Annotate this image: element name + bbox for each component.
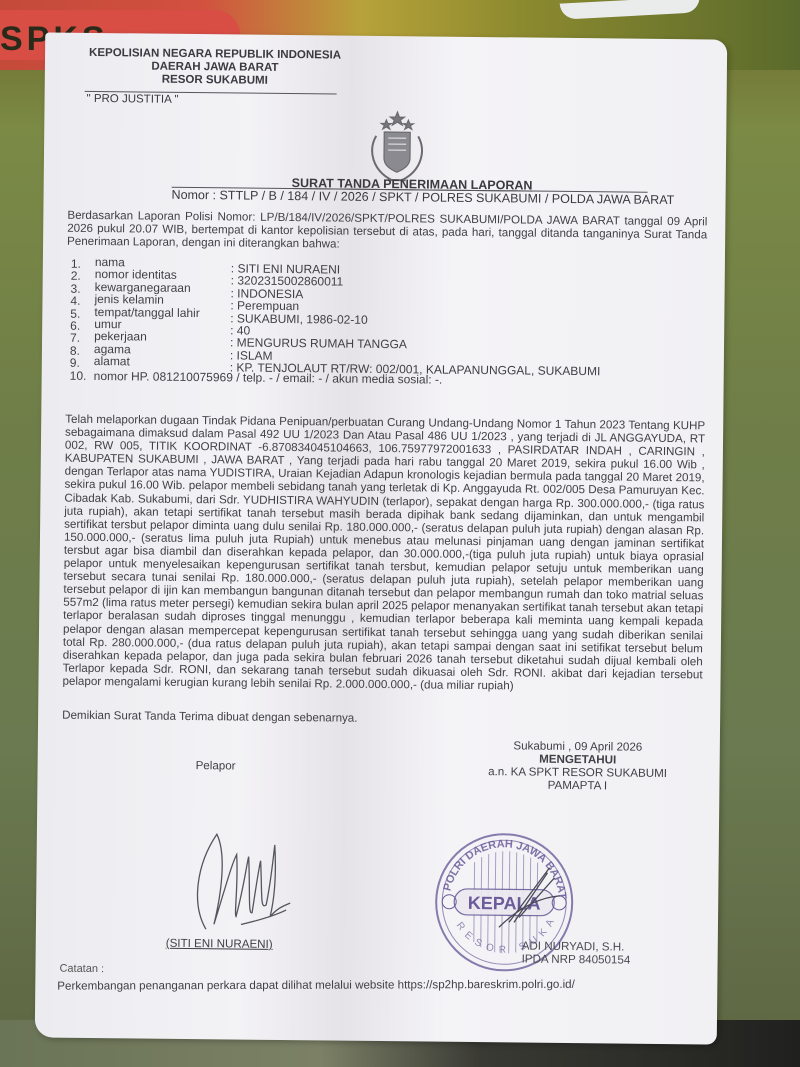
- letterhead: KEPOLISIAN NEGARA REPUBLIK INDONESIA DAE…: [85, 47, 345, 89]
- intro-paragraph: Berdasarkan Laporan Polisi Nomor: LP/B/1…: [67, 209, 707, 255]
- officer-identity: ADI NURYADI, S.H. IPDA NRP 84050154: [522, 939, 631, 966]
- reporter-name: (SITI ENI NURAENI): [166, 937, 273, 951]
- identity-label: nomor HP. 081210075969 / telp. - / email…: [94, 368, 443, 386]
- officer-position: PAMAPTA I: [457, 778, 697, 794]
- reporter-label: Pelapor: [196, 759, 236, 772]
- police-report-document: KEPOLISIAN NEGARA REPUBLIK INDONESIA DAE…: [35, 32, 727, 1044]
- officer-signature-block: Sukabumi , 09 April 2026 MENGETAHUI a.n.…: [457, 739, 698, 794]
- letterhead-line3: RESOR SUKABUMI: [85, 73, 345, 89]
- reporter-identity-list: 1.nama: SITI ENI NURAENI2.nomor identita…: [70, 257, 711, 388]
- on-behalf-label: a.n. KA SPKT RESOR SUKABUMI: [457, 765, 697, 781]
- closing-statement: Demikian Surat Tanda Terima dibuat denga…: [62, 709, 358, 725]
- officer-rank-nrp: IPDA NRP 84050154: [522, 952, 631, 966]
- pro-justitia-label: " PRO JUSTITIA ": [87, 93, 179, 106]
- stamp-center-text: KEPALA: [468, 893, 541, 914]
- letterhead-line1: KEPOLISIAN NEGARA REPUBLIK INDONESIA: [85, 47, 345, 63]
- officer-name: ADI NURYADI, S.H.: [522, 939, 631, 953]
- identity-number: 10.: [70, 368, 87, 382]
- notes-website-text: Perkembangan penanganan perkara dapat di…: [57, 978, 575, 993]
- reporter-signature: [186, 824, 297, 940]
- polri-emblem-icon: [362, 110, 433, 187]
- identity-label: alamat: [94, 354, 130, 368]
- report-description: Telah melaporkan dugaan Tindak Pidana Pe…: [62, 413, 705, 695]
- notes-label: Catatan :: [59, 963, 104, 975]
